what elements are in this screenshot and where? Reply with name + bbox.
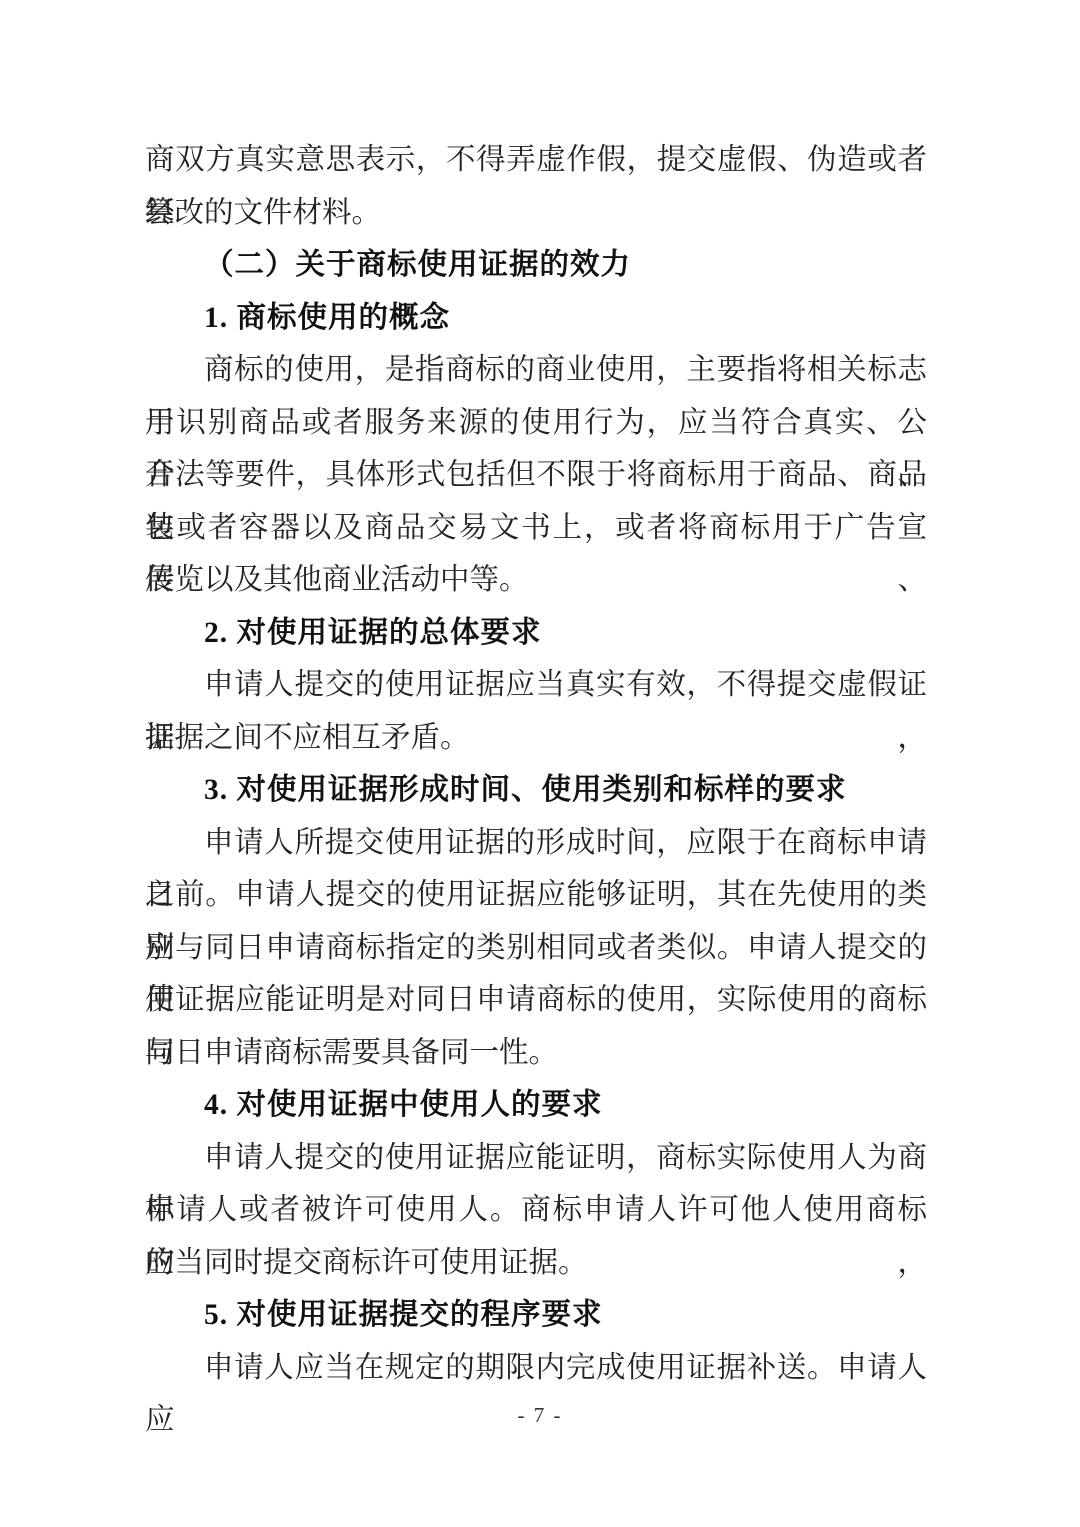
section-heading: （二）关于商标使用证据的效力 xyxy=(145,239,927,292)
text-line: 申请人所提交使用证据的形成时间，应限于在商标申请日 xyxy=(145,817,927,870)
text-line: 商标的使用，是指商标的商业使用，主要指将相关标志用 xyxy=(145,344,927,397)
section-heading: 3. 对使用证据形成时间、使用类别和标样的要求 xyxy=(145,764,927,817)
text-line: 于识别商品或者服务来源的使用行为，应当符合真实、公开、 xyxy=(145,397,927,450)
document-page: 商双方真实意思表示，不得弄虚作假，提交虚假、伪造或者经篡改的文件材料。（二）关于… xyxy=(0,0,1080,1527)
text-line: 同日申请商标需要具备同一性。 xyxy=(145,1027,927,1080)
section-heading: 4. 对使用证据中使用人的要求 xyxy=(145,1079,927,1132)
text-line: 申请人应当在规定的期限内完成使用证据补送。申请人应 xyxy=(145,1342,927,1395)
text-line: 商双方真实意思表示，不得弄虚作假，提交虚假、伪造或者经 xyxy=(145,134,927,187)
text-line: 之前。申请人提交的使用证据应能够证明，其在先使用的类别 xyxy=(145,869,927,922)
text-line: 申请人或者被许可使用人。商标申请人许可他人使用商标的， xyxy=(145,1184,927,1237)
text-line: 申请人提交的使用证据应当真实有效，不得提交虚假证据， xyxy=(145,659,927,712)
text-line: 申请人提交的使用证据应能证明，商标实际使用人为商标 xyxy=(145,1132,927,1185)
page-number: - 7 - xyxy=(0,1403,1080,1428)
text-line: 应与同日申请商标指定的类别相同或者类似。申请人提交的使 xyxy=(145,922,927,975)
text-line: 合法等要件，具体形式包括但不限于将商标用于商品、商品包 xyxy=(145,449,927,502)
text-line: 用证据应能证明是对同日申请商标的使用，实际使用的商标与 xyxy=(145,974,927,1027)
document-body: 商双方真实意思表示，不得弄虚作假，提交虚假、伪造或者经篡改的文件材料。（二）关于… xyxy=(145,134,927,1394)
text-line: 装或者容器以及商品交易文书上，或者将商标用于广告宣传、 xyxy=(145,502,927,555)
section-heading: 5. 对使用证据提交的程序要求 xyxy=(145,1289,927,1342)
text-line: 篡改的文件材料。 xyxy=(145,187,927,240)
section-heading: 2. 对使用证据的总体要求 xyxy=(145,607,927,660)
section-heading: 1. 商标使用的概念 xyxy=(145,292,927,345)
